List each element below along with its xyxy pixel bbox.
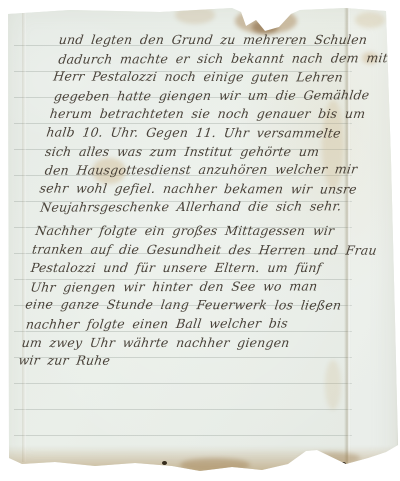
ink-speck (296, 6, 300, 9)
ink-speck (285, 4, 289, 8)
paper-vignette (0, 0, 400, 481)
paper-sheet: und legten den Grund zu mehreren Schulen… (0, 0, 400, 481)
scanned-letter: und legten den Grund zu mehreren Schulen… (0, 0, 400, 481)
